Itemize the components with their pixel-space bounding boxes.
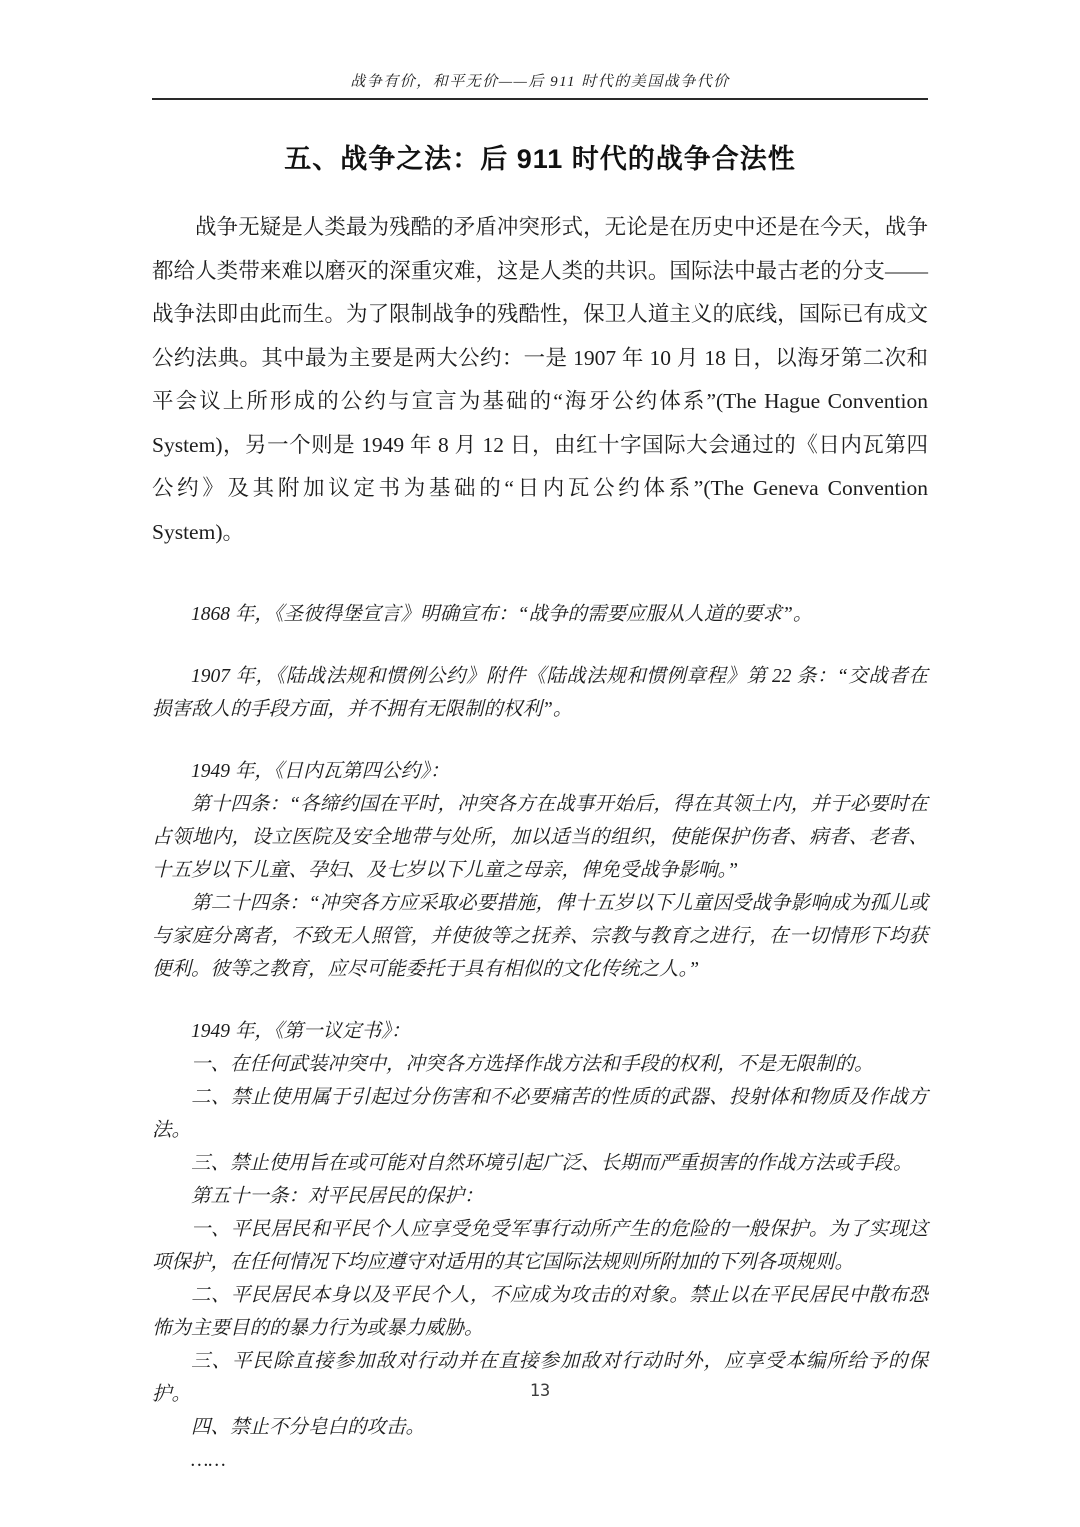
ellipsis-line: ……: [152, 1444, 928, 1477]
quote-paragraph: 二、平民居民本身以及平民个人，不应成为攻击的对象。禁止以在平民居民中散布恐怖为主…: [152, 1279, 928, 1345]
page-number: 13: [0, 1381, 1080, 1401]
quote-group-1868: 1868 年，《圣彼得堡宣言》明确宣布：“战争的需要应服从人道的要求”。: [152, 598, 928, 631]
quote-group-protocol-one: 1949 年，《第一议定书》： 一、在任何武装冲突中，冲突各方选择作战方法和手段…: [152, 1015, 928, 1477]
quote-paragraph: 二、禁止使用属于引起过分伤害和不必要痛苦的性质的武器、投射体和物质及作战方法。: [152, 1081, 928, 1147]
intro-paragraph: 战争无疑是人类最为残酷的矛盾冲突形式，无论是在历史中还是在今天，战争都给人类带来…: [152, 206, 928, 554]
quote-paragraph: 1949 年，《第一议定书》：: [152, 1015, 928, 1048]
quote-paragraph: 第五十一条：对平民居民的保护：: [152, 1180, 928, 1213]
quote-group-1907: 1907 年，《陆战法规和惯例公约》附件《陆战法规和惯例章程》第 22 条：“交…: [152, 660, 928, 726]
quote-paragraph: 第十四条：“各缔约国在平时，冲突各方在战事开始后，得在其领土内，并于必要时在占领…: [152, 788, 928, 887]
page-header: 战争有价，和平无价——后 911 时代的美国战争代价: [152, 70, 928, 100]
quote-paragraph: 三、平民除直接参加敌对行动并在直接参加敌对行动时外，应享受本编所给予的保护。: [152, 1345, 928, 1411]
header-rule: [152, 98, 928, 100]
quote-group-geneva-convention: 1949 年，《日内瓦第四公约》： 第十四条：“各缔约国在平时，冲突各方在战事开…: [152, 755, 928, 986]
quote-paragraph: 1949 年，《日内瓦第四公约》：: [152, 755, 928, 788]
quote-paragraph: 第二十四条：“冲突各方应采取必要措施，俾十五岁以下儿童因受战争影响成为孤儿或与家…: [152, 887, 928, 986]
running-head-text: 战争有价，和平无价——后 911 时代的美国战争代价: [152, 70, 928, 98]
quote-paragraph: 1907 年，《陆战法规和惯例公约》附件《陆战法规和惯例章程》第 22 条：“交…: [152, 660, 928, 726]
quote-paragraph: 1868 年，《圣彼得堡宣言》明确宣布：“战争的需要应服从人道的要求”。: [152, 598, 928, 631]
section-title: 五、战争之法：后 911 时代的战争合法性: [152, 137, 928, 176]
quote-paragraph: 一、平民居民和平民个人应享受免受军事行动所产生的危险的一般保护。为了实现这项保护…: [152, 1213, 928, 1279]
quote-paragraph: 三、禁止使用旨在或可能对自然环境引起广泛、长期而严重损害的作战方法或手段。: [152, 1147, 928, 1180]
document-page: 战争有价，和平无价——后 911 时代的美国战争代价 五、战争之法：后 911 …: [0, 0, 1080, 1527]
quote-paragraph: 四、禁止不分皂白的攻击。: [152, 1411, 928, 1444]
quote-paragraph: 一、在任何武装冲突中，冲突各方选择作战方法和手段的权利，不是无限制的。: [152, 1048, 928, 1081]
